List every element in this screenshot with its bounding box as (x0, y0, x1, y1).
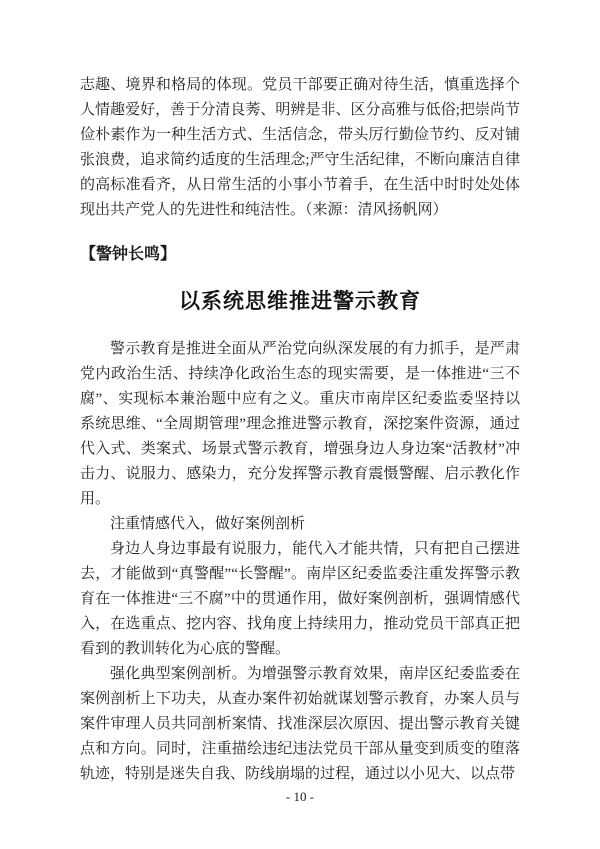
empathy-paragraph: 身边人身边事最有说服力，能代入才能共情，只有把自己摆进去，才能做到“真警醒”“长… (80, 537, 520, 662)
article-intro-paragraph: 警示教育是推进全面从严治党向纵深发展的有力抓手，是严肃党内政治生活、持续净化政治… (80, 337, 520, 512)
article-title: 以系统思维推进警示教育 (80, 286, 520, 317)
document-page: 志趣、境界和格局的体现。党员干部要正确对待生活，慎重选择个人情趣爱好，善于分清良… (0, 0, 600, 849)
case-analysis-paragraph: 强化典型案例剖析。为增强警示教育效果，南岸区纪委监委在案例剖析上下功夫，从查办案… (80, 662, 520, 787)
page-number: - 10 - (80, 787, 520, 807)
continued-paragraph: 志趣、境界和格局的体现。党员干部要正确对待生活，慎重选择个人情趣爱好，善于分清良… (80, 73, 520, 223)
article-subheading: 注重情感代入，做好案例剖析 (80, 512, 520, 537)
section-header: 【警钟长鸣】 (80, 242, 520, 267)
